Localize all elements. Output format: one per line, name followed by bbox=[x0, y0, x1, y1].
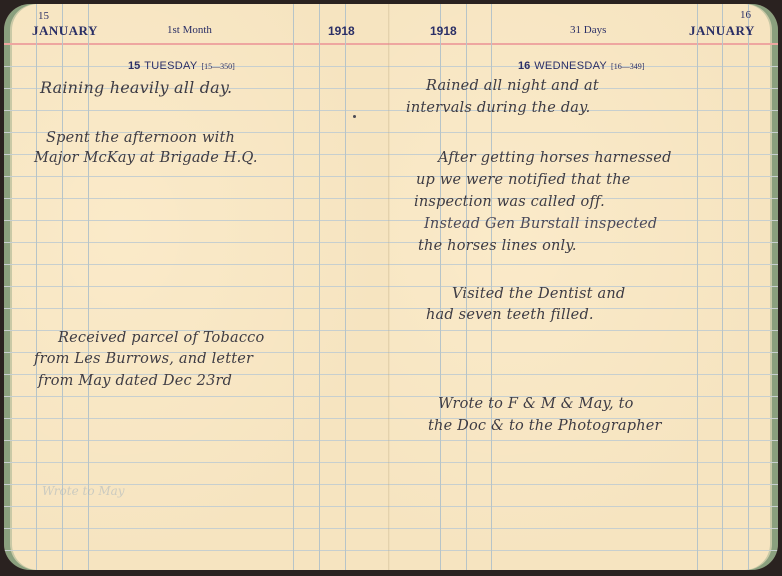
entry-line: Spent the afternoon with bbox=[46, 130, 235, 146]
ruled-line bbox=[390, 506, 778, 507]
header-rule bbox=[390, 43, 778, 45]
entry-line: Received parcel of Tobacco bbox=[58, 330, 264, 346]
left-page: 15 JANUARY 1st Month 1918 15TUESDAY[15—3… bbox=[4, 4, 390, 570]
month-info: 31 Days bbox=[570, 24, 606, 36]
day-range: [16—349] bbox=[611, 62, 644, 71]
month-label: JANUARY bbox=[32, 23, 98, 39]
ruled-line bbox=[390, 330, 778, 331]
year-label: 1918 bbox=[430, 24, 457, 38]
entry-line: had seven teeth filled. bbox=[426, 307, 594, 323]
corner-day-number: 16 bbox=[740, 9, 751, 21]
column-line bbox=[293, 4, 294, 570]
column-line bbox=[748, 4, 749, 570]
column-line bbox=[36, 4, 37, 570]
day-number: 15 bbox=[128, 60, 140, 72]
ink-dot bbox=[353, 115, 356, 118]
entry-line: inspection was called off. bbox=[414, 194, 605, 210]
entry-line: from Les Burrows, and letter bbox=[34, 351, 253, 367]
entry-line: the horses lines only. bbox=[418, 238, 577, 254]
day-number: 16 bbox=[518, 60, 530, 72]
ruled-line bbox=[390, 528, 778, 529]
bleed-through-text: Wrote to May bbox=[42, 484, 125, 498]
ruled-line bbox=[390, 484, 778, 485]
entry-line: the Doc & to the Photographer bbox=[428, 418, 662, 434]
column-line bbox=[722, 4, 723, 570]
ruled-line bbox=[390, 264, 778, 265]
day-header: 15TUESDAY[15—350] bbox=[128, 60, 235, 72]
entry-line: Raining heavily all day. bbox=[40, 78, 232, 97]
entry-line: up we were notified that the bbox=[416, 172, 631, 188]
entry-line: Major McKay at Brigade H.Q. bbox=[34, 150, 258, 166]
entry-line: intervals during the day. bbox=[406, 100, 590, 116]
year-label: 1918 bbox=[328, 24, 355, 38]
month-info: 1st Month bbox=[167, 24, 212, 36]
day-range: [15—350] bbox=[202, 62, 235, 71]
ruled-line bbox=[390, 550, 778, 551]
ruled-line bbox=[390, 462, 778, 463]
corner-day-number: 15 bbox=[38, 10, 49, 22]
column-line bbox=[345, 4, 346, 570]
diary-spread: 15 JANUARY 1st Month 1918 15TUESDAY[15—3… bbox=[0, 0, 782, 576]
entry-line: Instead Gen Burstall inspected bbox=[424, 216, 657, 232]
ruled-line bbox=[390, 352, 778, 353]
entry-line: After getting horses harnessed bbox=[438, 150, 672, 166]
ruled-line bbox=[390, 132, 778, 133]
ruled-line bbox=[390, 374, 778, 375]
entry-line: Wrote to F & M & May, to bbox=[438, 396, 634, 412]
entry-line: from May dated Dec 23rd bbox=[38, 373, 232, 389]
month-label: JANUARY bbox=[689, 23, 755, 39]
right-page: 1918 31 Days 16 JANUARY 16WEDNESDAY[16—3… bbox=[390, 4, 778, 570]
entry-line: Visited the Dentist and bbox=[452, 286, 625, 302]
day-header: 16WEDNESDAY[16—349] bbox=[518, 60, 644, 72]
day-name: WEDNESDAY bbox=[534, 60, 607, 72]
entry-line: Rained all night and at bbox=[426, 78, 599, 94]
column-line bbox=[319, 4, 320, 570]
column-line bbox=[697, 4, 698, 570]
day-name: TUESDAY bbox=[144, 60, 197, 72]
ruled-line bbox=[390, 440, 778, 441]
